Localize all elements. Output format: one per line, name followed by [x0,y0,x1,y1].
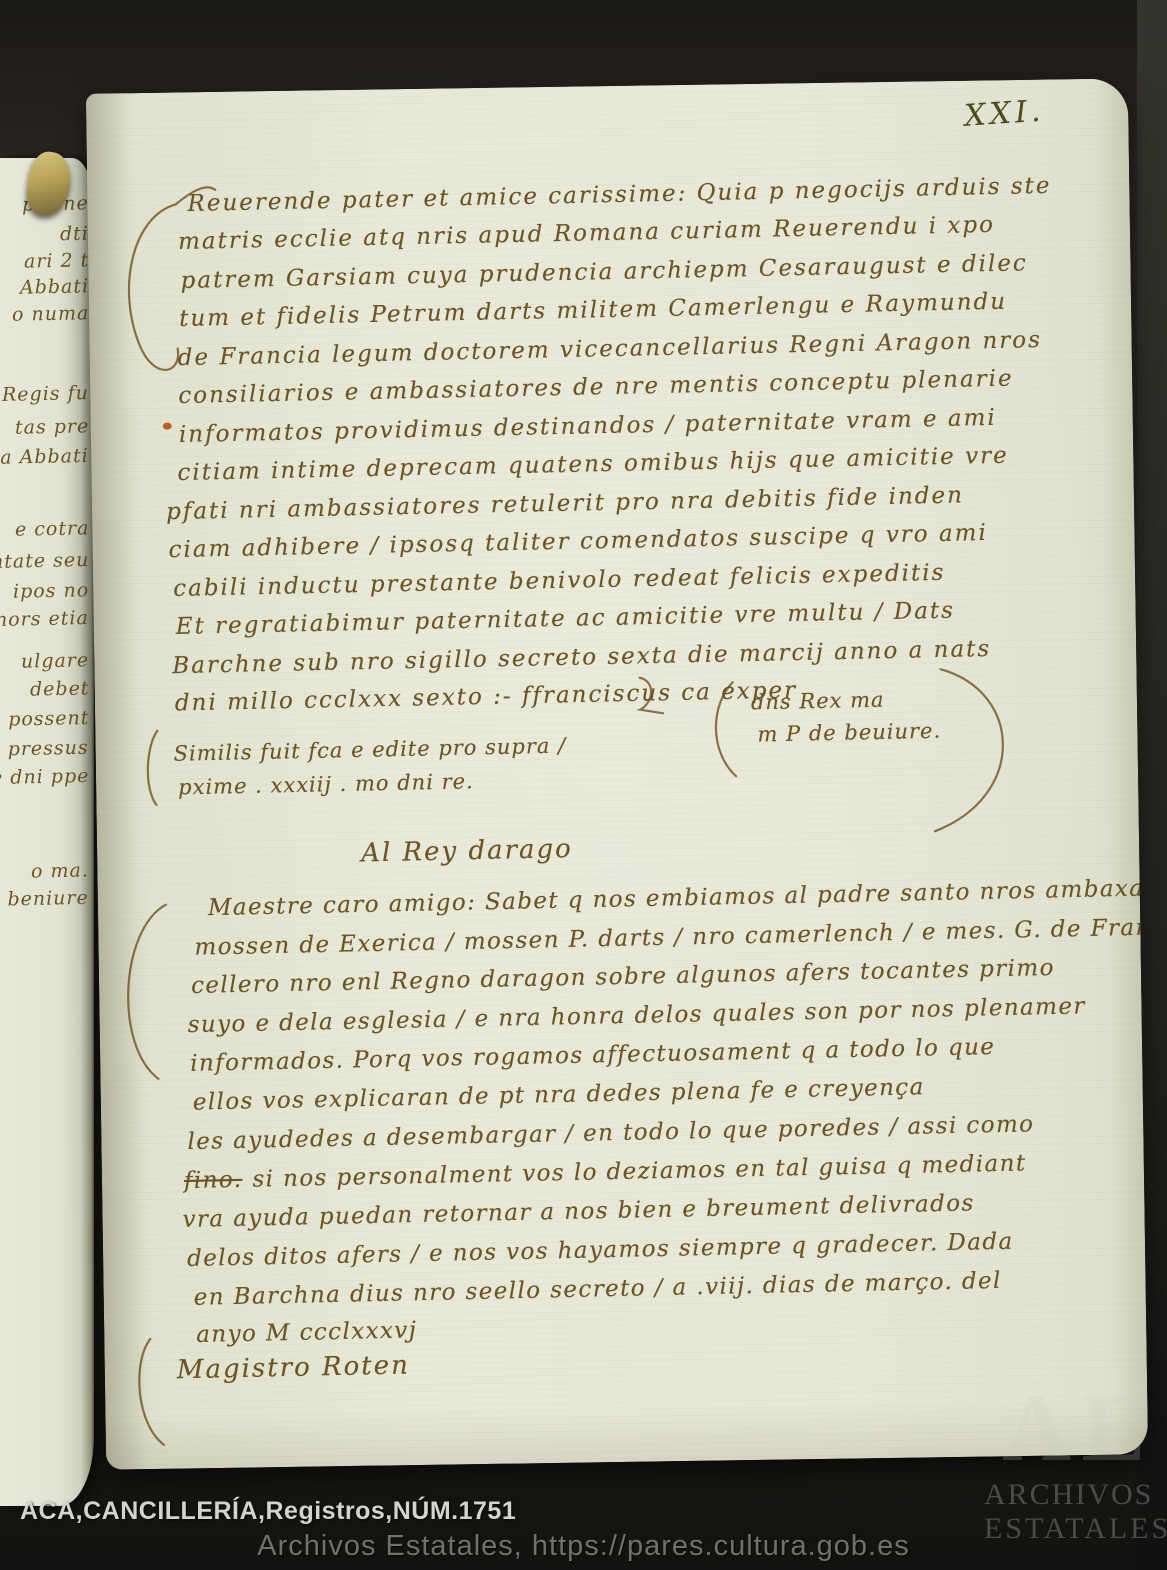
letter2-line: ellos vos explicaran de pt nra dedes ple… [193,1074,925,1115]
letter1-line: matris ecclie atq nris apud Romana curia… [178,212,995,255]
chancery-note-line: dns Rex ma [751,688,885,715]
letter1-line: Reuerende pater et amice carissime: Quia… [187,173,1052,217]
letter1-line: tum et fidelis Petrum darts militem Came… [179,289,1007,332]
letter1-line: citiam intime deprecam quatens omibus hi… [177,443,1009,486]
margin-fragment: ntate seu [0,549,89,573]
letter2-line: les ayudedes a desembargar / en todo lo … [187,1111,1034,1155]
archivos-estatales-logo-text: ARCHIVOS [984,1478,1153,1512]
margin-fragment: o ma. [31,859,89,882]
letter1-line: Barchne sub nro sigillo secreto sexta di… [172,636,991,679]
letter2-line: en Barchna dius nro seello secreto / a .… [193,1268,1002,1311]
letter1-line: patrem Garsiam cuya prudencia archiepm C… [180,250,1028,294]
margin-fragment: tas pre [15,415,90,439]
margin-fragment: que pressus [0,737,89,762]
letter1-line: Et regratiabimur paternitate ac amicitie… [176,598,956,640]
chancery-note-line: m P de beuiure. [757,719,941,747]
letter2-line: mossen de Exerica / mossen P. darts / nr… [194,912,1148,961]
manuscript-scan: ptione dti ari 2 t Abbati o numa Regis f… [0,0,1167,1570]
margin-fragment: dti [60,223,89,246]
margin-fragment: q possent [0,707,89,731]
margin-fragment: ipos no [13,579,90,603]
registration-note-line: Similis fuit fca e edite pro supra / [173,734,566,766]
letter2-line: Maestre caro amigo: Sabet q nos embiamos… [208,874,1148,921]
margin-fragment: Abbati [20,275,90,298]
letter1-line: de Francia legum doctorem vicecancellari… [178,327,1043,371]
margin-fragment: debet [29,677,89,700]
margin-fragment: de beniure [0,887,89,911]
margin-fragment: e dni ppe [0,765,89,789]
letter2-line: delos ditos afers / e nos vos hayamos si… [187,1229,1014,1272]
pen-flourishes [86,78,1148,1469]
margin-fragment: Regis fu [2,382,89,406]
archivos-estatales-logo-monogram: AE [1002,1372,1155,1483]
letter2-line: cellero nro enl Regno daragon sobre algu… [191,955,1055,999]
letter2-line: suyo e dela esglesia / e nra honra delos… [187,993,1086,1038]
letter2-line: informados. Porq vos rogamos affectuosam… [190,1034,996,1077]
letter2-line: fino.si nos personalment vos lo deziamos… [184,1150,1027,1194]
registration-note-line: pxime . xxxiij . mo dni re. [178,769,474,799]
folio-number: XXI. [963,94,1045,134]
letter1-line: dni millo ccclxxx sexto :- ffranciscus c… [175,677,798,716]
letter1-line: cabili inductu prestante benivolo redeat… [173,560,946,602]
archive-reference-watermark: ACA,CANCILLERÍA,Registros,NÚM.1751 [20,1497,516,1526]
ink-blot [163,423,172,430]
letter2-address: Magistro Roten [176,1350,410,1385]
letter1-line: informatos providimus destinandos / pate… [179,405,997,448]
letter2-line: anyo M ccclxxxvj [196,1317,417,1348]
letter2-line-text: si nos personalment vos lo deziamos en t… [252,1150,1027,1192]
margin-fragment: e cotra [14,517,89,541]
archivos-estatales-logo-text: ESTATALES [984,1512,1167,1546]
struck-word: fino. [184,1167,243,1194]
letter2-line: vra ayuda puedan retornar a nos bien e b… [182,1190,975,1233]
manuscript-page: XXI. Reuerende pater et amice carissime:… [86,78,1148,1469]
letter1-line: ciam adhibere / ipsosq taliter comendato… [168,520,988,563]
margin-fragment: nors etia [0,607,89,631]
letter1-line: pfati nri ambassiatores retulerit pro nr… [166,482,964,525]
margin-fragment: ipa Abbati [0,445,89,469]
margin-fragment: ari 2 t [23,249,89,272]
previous-page-edge: ptione dti ari 2 t Abbati o numa Regis f… [0,158,94,1506]
margin-fragment: o numa [11,302,89,326]
letter1-line: consiliarios e ambassiatores de nre ment… [178,366,1014,409]
letter2-heading: Al Rey darago [361,834,573,868]
margin-fragment: ulgare [21,649,90,672]
